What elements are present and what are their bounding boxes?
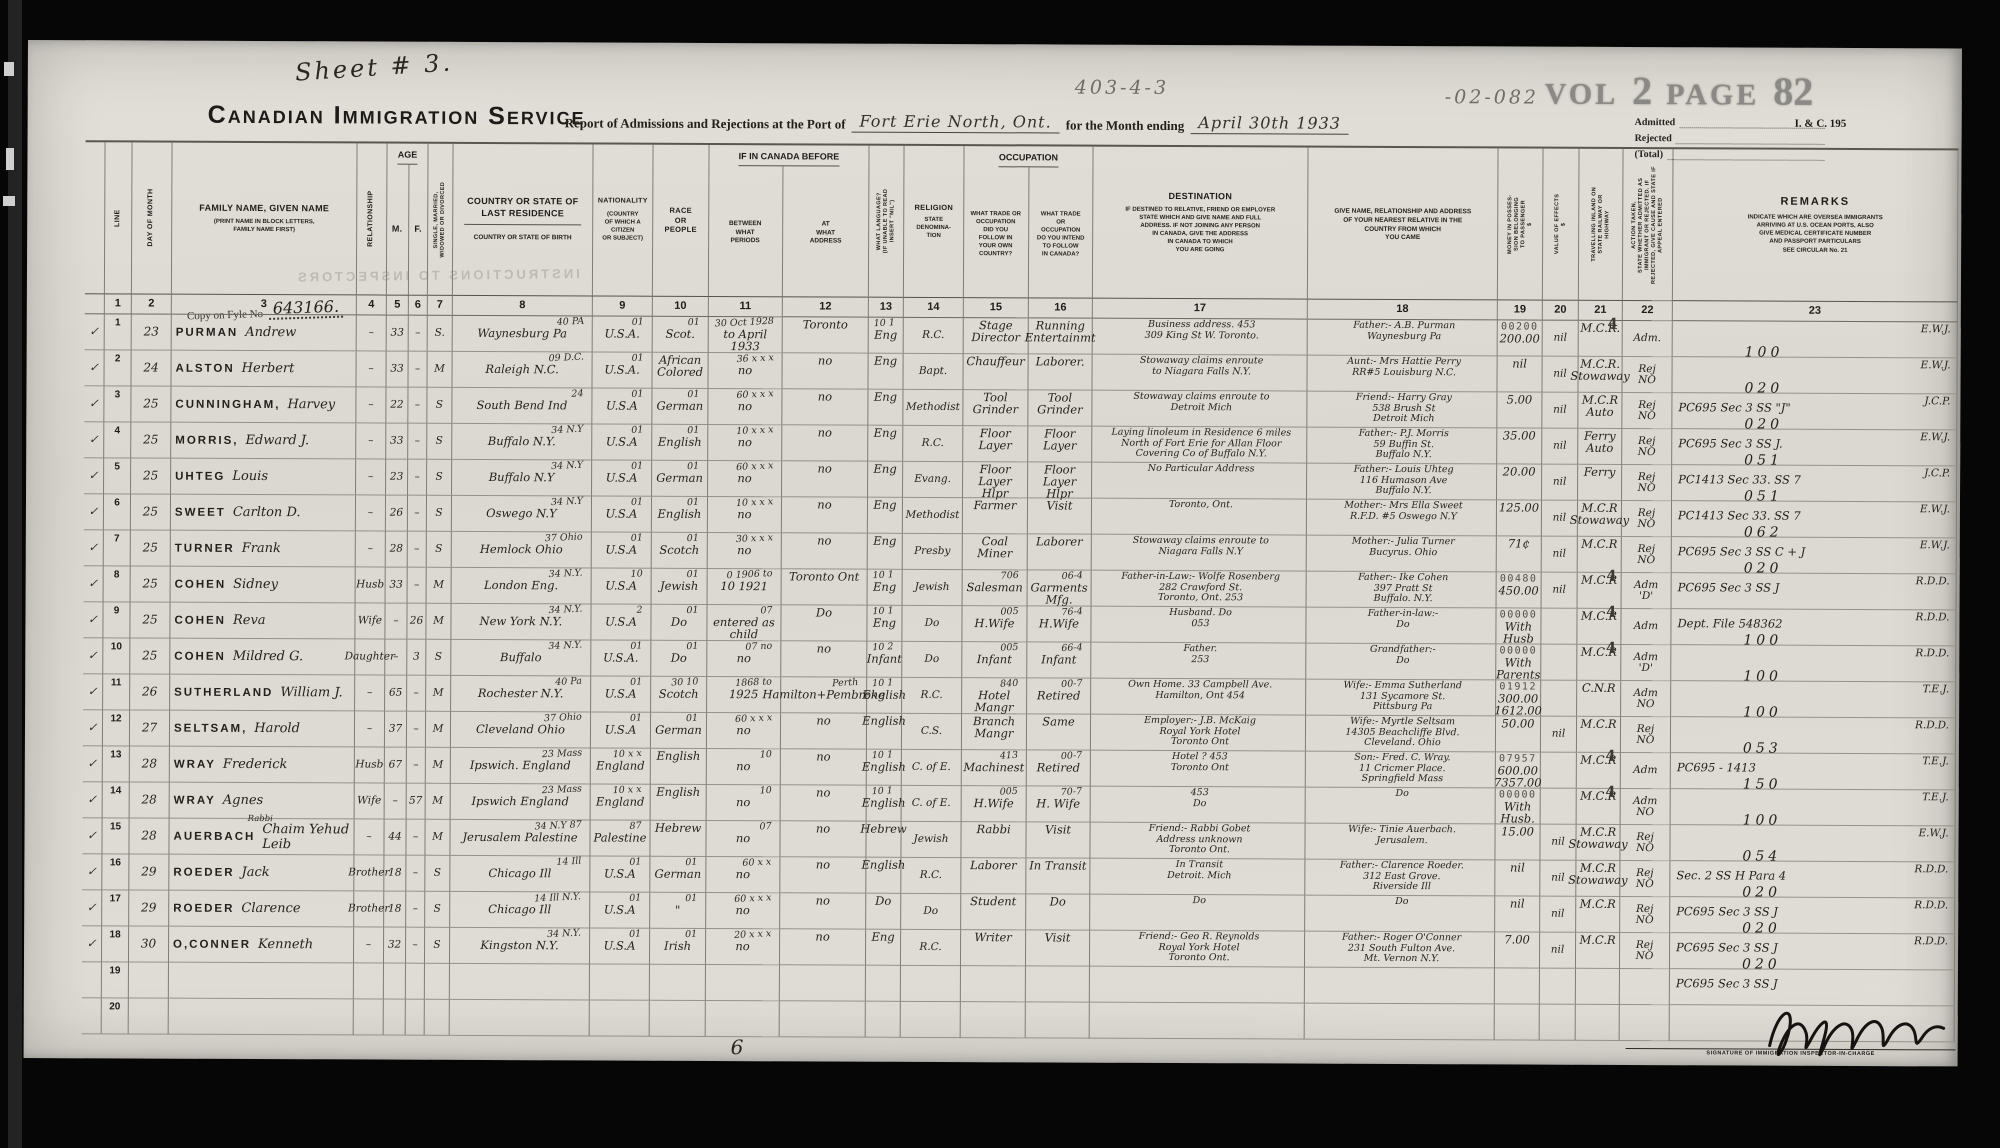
race-code: 01 [685,894,698,905]
row-checkmark: ✓ [82,890,102,926]
name-cell: SELTSAM, Harold [170,711,355,748]
occupation-value: Laborer [970,859,1017,871]
relationship: – [356,459,386,495]
language-value: Eng [874,391,897,403]
last-residence: 14 Ill Chicago Ill [450,856,590,893]
header-language: WHAT LANGUAGE? (IF UNABLE TO READ INSERT… [869,146,905,298]
nationality-code: 01 [629,929,642,940]
money-value: 200.00 [1500,332,1540,344]
film-artifact [4,62,14,76]
periods-value: no [738,436,752,448]
age-female: – [407,712,426,748]
destination: Stowaway claims enroute to Niagara Falls… [1092,535,1307,572]
in-canada-address: no [782,425,868,461]
given-name: Clarence [241,901,300,916]
travel-value: M.C.R Stowaway [1568,862,1627,886]
remarks: 053 PC695 - 1413 R.D.D. [1671,717,1956,754]
line-number: 19 [102,962,129,998]
last-residence: 34 N.Y. New York N.Y. [451,604,591,641]
occupation-own-country: Laborer [961,858,1026,894]
periods-value: no [735,940,749,952]
periods-value: no [737,472,751,484]
in-canada-address [780,1001,866,1037]
nationality-value: U.S.A. [604,364,639,376]
last-residence: 23 Mass Ipswich England [451,784,591,821]
remarks: 100 R.D.D. [1671,645,1956,682]
line-number: 4 [104,422,131,458]
age-female: – [409,316,428,352]
religion: Do [901,894,961,930]
periods-value: no [737,508,751,520]
language-value: Eng [873,499,896,511]
language: 10 1 Eng [868,570,903,606]
address-value: no [816,894,830,906]
travel-value: M.C.R [1579,934,1615,946]
occupation-value: Chauffeur [966,355,1024,367]
destination: Toronto, Ont. [1092,499,1307,536]
age-female: – [408,388,427,424]
travel-stamp: 4 [1606,567,1617,585]
occupation-own-country: Tool Grinder [963,390,1028,426]
given-name-annotation: Rabbi [248,814,273,824]
money-value: With Husb. [1498,800,1538,824]
in-canada-periods: 60 x x x no [706,893,780,929]
given-name: Herbert [242,361,295,376]
action-taken: Rej NO [1622,465,1672,501]
travel-stamp: 4 [1606,639,1617,657]
header-remarks: REMARKS INDICATE WHICH ARE OVERSEA IMMIG… [1673,149,1959,302]
colnum-7: 7 [428,296,453,316]
line-number: 9 [103,602,130,638]
action-taken: Adm NO [1621,681,1671,717]
value-of-effects: nil [1540,933,1576,969]
occupation-own-country [961,966,1026,1002]
occupation-value: Infant [977,653,1012,665]
money-in-possession: 00000 With Husb. [1496,788,1541,824]
nationality-value: U.S.A [604,940,636,952]
language: Eng [866,930,901,966]
occupation-value: Floor Layer Hlpr [965,463,1025,499]
nationality-code: 01 [629,893,642,904]
money-in-possession: 125.00 [1497,500,1542,536]
in-canada-periods: 30 Oct 1928 to April 1933 [709,317,783,353]
destination: Friend:- Geo R. Reynolds Royal York Hote… [1090,931,1305,968]
occupation-value: Machinest [963,761,1024,773]
nearest-relative: Father:- Ike Cohen 397 Pratt St Buffalo.… [1307,572,1497,609]
given-name: Harold [254,721,300,736]
residence-code: 34 N.Y [551,461,584,473]
family-name: SUTHERLAND [174,686,273,698]
age-male: – [385,640,407,676]
in-canada-address: no [782,533,868,569]
age-male: 65 [385,676,407,712]
given-name: Sidney [233,577,278,592]
race-value: German [657,400,704,412]
nationality: 01 U.S.A. [592,352,652,388]
in-canada-periods: 60 x x x no [708,389,782,425]
row-checkmark: ✓ [84,350,104,386]
relationship: – [356,387,386,423]
race-value: German [655,724,702,736]
language: 10 1 English [867,750,902,786]
in-canada-periods: 10 x x x no [708,497,782,533]
periods-value: no [736,832,750,844]
address-value: no [817,462,831,474]
in-canada-address: no [781,749,867,785]
race-code: 01 [685,930,698,941]
occupation-intended: Running Entertainmt [1029,318,1093,354]
race: 01 Do [651,641,707,677]
in-canada-address: no [780,929,866,965]
residence-place: Buffalo [500,651,542,663]
religion: R.C. [902,678,962,714]
colnum-9: 9 [593,296,653,316]
money-in-possession: 07957 600.00 7357.00 [1496,752,1541,788]
money-value: 300.00 1612.00 [1494,692,1542,716]
destination: Do [1090,895,1305,932]
race-code: 01 [686,570,699,581]
occupation-intended-value: H. Wife [1036,797,1080,809]
money-value: With Parents [1496,656,1540,680]
occupation-intended: In Transit [1026,858,1090,894]
money-value: With Husb [1498,620,1538,644]
nationality: 01 U.S.A [590,856,650,892]
race-code: 01 [686,606,699,617]
given-name: William J. [280,685,342,700]
action-taken: Rej NO [1622,429,1672,465]
race-value: Do [671,652,687,664]
name-cell: TURNER Frank [171,531,356,568]
in-canada-address: no [781,785,867,821]
residence-place: Ipswich England [472,795,569,807]
address-value: Do [816,606,832,618]
relationship: Brother [354,891,384,927]
inspector-initials: R.D.D. [1915,647,1949,659]
race: 01 Jewish [652,569,708,605]
value-of-effects [1541,753,1577,789]
line-number: 7 [104,530,131,566]
occupation-code: 413 [1000,751,1019,762]
residence-place: Waynesburg Pa [477,327,567,339]
destination: Employer:- J.B. McKaig Royal York Hotel … [1091,715,1306,752]
nationality-value: U.S.A. [603,652,638,664]
inspector-initials: E.W.J. [1920,503,1950,515]
language: Eng [868,498,903,534]
line-number: 15 [102,818,129,854]
admitted-label: Admitted [1635,117,1676,128]
inspector-signature-ink [1756,998,1956,1069]
age-female: – [408,568,427,604]
family-name: ALSTON [176,362,235,374]
remarks: 020 PC695 Sec 3 SS J. J.C.P. [1672,393,1957,430]
colnum-5: 5 [387,296,409,316]
race: 01 German [652,389,708,425]
inspector-initials: R.D.D. [1915,611,1949,623]
age-female: – [407,748,426,784]
name-cell: O,CONNER Kenneth [169,927,354,964]
remarks: 062 PC695 Sec 3 SS C + J E.W.J. [1672,501,1957,538]
periods-marks: 60 x x x [734,893,772,905]
nationality-code: 01 [631,425,644,436]
religion: R.C. [903,426,963,462]
film-edge-strip [8,0,22,1148]
relationship: Wife [355,603,385,639]
nearest-relative: Do [1305,896,1495,933]
age-female: 57 [407,784,426,820]
last-residence: 34 N.Y 87 Jerusalem Palestine [450,820,590,857]
occupation-intended-value: Laborer. [1036,355,1085,367]
religion [901,1002,961,1038]
row-checkmark: ✓ [84,422,104,458]
age-female: – [406,856,425,892]
row-checkmark [82,962,102,998]
in-canada-periods: 0 1906 to 10 1921 [708,569,782,605]
occupation-code: 005 [999,787,1018,798]
marital-status: M [426,604,451,640]
residence-place: Oswego N.Y [486,507,557,519]
religion: Jewish [903,570,963,606]
row-checkmark: ✓ [84,458,104,494]
periods-marks: 10 [760,750,773,761]
occupation-intended-code: 06-4 [1061,571,1083,582]
nationality: 01 U.S.A [592,496,652,532]
line-number: 17 [102,890,129,926]
nationality-code: 01 [631,317,644,328]
name-cell: UHTEG Louis [171,459,356,496]
money-in-possession: 00000 With Husb [1496,608,1541,644]
race: 30 10 Scotch [651,677,707,713]
age-male: – [385,604,407,640]
address-value: no [818,426,832,438]
remarks: 100 T.E.J. [1671,789,1956,826]
occupation-intended-value: Same [1042,715,1075,727]
race [650,1001,706,1037]
nearest-relative: Father:- Roger O'Conner 231 South Fulton… [1305,932,1495,969]
age-female: – [406,820,425,856]
value-of-effects: nil [1540,897,1576,933]
nationality-value: U.S.A. [604,328,639,340]
header-occupation: OCCUPATION WHAT TRADE OR OCCUPATION DID … [964,146,1094,299]
colnum-17: 17 [1093,299,1308,320]
page-title: Canadian Immigration Service [208,101,586,132]
occupation-intended: 66-4 Infant [1027,642,1091,678]
occupation-value: Salesman [966,581,1022,593]
race: 01 German [652,461,708,497]
periods-marks: 07 [759,822,772,833]
race: African Colored [652,353,708,389]
race-value: " [675,904,680,916]
value-of-effects [1541,789,1577,825]
age-male: 26 [386,496,408,532]
day-of-month: 25 [130,602,170,638]
relationship: Wife [355,783,385,819]
residence-place: Buffalo N.Y [489,471,555,483]
race-value: Scotch [659,544,699,556]
nationality: 01 U.S.A [592,388,652,424]
family-name: COHEN [174,650,226,662]
travelling-inland: M.C.R Stowaway [1578,501,1622,537]
relationship [354,999,384,1035]
day-of-month: 26 [130,674,170,710]
occupation-intended: Laborer [1028,534,1092,570]
age-male: 18 [384,892,406,928]
last-residence: 34 N.Y. Buffalo [451,640,591,677]
inspector-initials: E.W.J. [1920,431,1950,443]
occupation-intended-value: Retired [1037,689,1080,701]
race-code: 01 [687,390,700,401]
name-cell [169,999,354,1036]
periods-value: to April 1933 [711,328,780,352]
residence-code: 34 N.Y. [547,929,581,941]
nationality: 01 U.S.A [590,928,650,964]
in-canada-address: no [781,641,867,677]
age-male: 67 [385,748,407,784]
family-name: AUERBACH [174,830,256,842]
destination: Business address. 453 309 King St W. Tor… [1093,319,1308,356]
money-in-possession: 00000 With Parents [1496,644,1541,680]
row-checkmark: ✓ [84,566,104,602]
family-name: O,CONNER [173,938,251,950]
nationality: 01 U.S.A [591,676,651,712]
periods-marks: 60 x x [742,858,771,869]
in-canada-address: Do [781,605,867,641]
travelling-inland: 4 M.C.R [1577,645,1621,681]
residence-place: London Eng. [484,579,558,591]
language-value: English [862,715,906,727]
language-code: 10 1 [872,606,894,617]
in-canada-periods: 07 no no [707,641,781,677]
marital-status: S [427,460,452,496]
day-of-month: 29 [129,854,169,890]
periods-value: entered as child [709,616,778,640]
colnum-22: 22 [1623,301,1673,321]
line-number: 14 [103,782,130,818]
language-value: Eng [874,329,897,341]
colnum-3: 3 [172,295,357,316]
value-of-effects [1541,681,1577,717]
nearest-relative: Mother:- Julia Turner Bucyrus. Ohio [1307,536,1497,573]
race: 01 German [651,713,707,749]
residence-place: Rochester N.Y. [478,687,564,699]
race-code: 01 [687,534,700,545]
destination: Hotel ? 453 Toronto Ont [1091,751,1306,788]
rejected-label: Rejected [1635,133,1672,144]
race-value: German [654,868,701,880]
remarks: 020 PC695 Sec 3 SS J R.D.D. [1670,861,1955,898]
marital-status: M [426,676,451,712]
religion: Do [902,642,962,678]
last-residence [450,1000,590,1037]
in-canada-periods: 07 entered as child [707,605,781,641]
age-male [384,1000,406,1036]
travelling-inland: M.C.R Stowaway [1576,825,1620,861]
nearest-relative: Do [1306,788,1496,825]
day-of-month: 25 [131,386,171,422]
action-taken: Rej NO [1622,537,1672,573]
value-of-effects: nil [1542,393,1578,429]
action-taken: Rej NO [1620,861,1670,897]
in-canada-address: no [781,713,867,749]
header-marital: SINGLE, MARRIED, WIDOWED OR DIVORCED [428,144,454,296]
race: English [651,785,707,821]
nationality: 10 x x England [591,784,651,820]
religion: R.C. [901,858,961,894]
nationality-code: 87 [629,821,642,832]
travelling-inland: Ferry Auto [1578,429,1622,465]
language: 10 2 Infant [867,642,902,678]
language-value: Eng [871,931,894,943]
residence-code: 24 [571,389,584,400]
row-checkmark: ✓ [84,386,104,422]
residence-place: New York N.Y. [480,615,563,627]
travelling-inland: C.N.R [1577,681,1621,717]
residence-code: 34 N.Y. [548,641,582,653]
age-male: 28 [386,532,408,568]
address-value: no [816,714,830,726]
religion: Methodist [903,498,963,534]
action-taken: Adm NO [1621,789,1671,825]
money-in-possession: nil [1495,896,1540,932]
relationship: – [357,315,387,351]
nationality [590,964,650,1000]
address-value: no [816,750,830,762]
line-number: 12 [103,710,130,746]
nationality-value: U.S.A [606,472,638,484]
travelling-inland [1576,969,1620,1005]
admissions-table: LINE DAY OF MONTH FAMILY NAME, GIVEN NAM… [82,140,1959,1042]
occupation-value: Writer [974,931,1011,943]
inspector-initials: E.W.J. [1921,359,1951,371]
destination: Stowaway claims enroute to Detroit Mich [1092,391,1307,428]
inspector-initials: T.E.J. [1923,683,1950,695]
nearest-relative: Wife:- Myrtle Seltsam 14305 Beachcliffe … [1306,716,1496,753]
day-of-month: 30 [129,926,169,962]
periods-marks: 60 x x x [736,461,774,473]
line-number: 18 [102,926,129,962]
occupation-own-country: 005 H.Wife [962,786,1027,822]
given-name: Harvey [287,397,335,412]
language: English [867,714,902,750]
periods-marks: 30 x x x [735,533,773,545]
race-value: English [658,436,702,448]
periods-marks: 10 [759,786,772,797]
nearest-relative: Mother:- Mrs Ella Sweet R.F.D. #5 Oswego… [1307,500,1497,537]
action-taken: Rej NO [1620,933,1670,969]
inspector-initials: E.W.J. [1920,539,1950,551]
language: 10 1 Eng [867,606,902,642]
race-code: 01 [687,318,700,329]
row-checkmark: ✓ [84,494,104,530]
money-value: 71¢ [1508,537,1530,549]
remarks: 020 PC695 Sec 3 SS J R.D.D. [1670,933,1955,970]
residence-code: 23 Mass [541,784,582,796]
day-of-month [129,998,169,1034]
family-name: COHEN [175,578,227,590]
marital-status: M [426,712,451,748]
last-residence: 23 Mass Ipswich. England [451,748,591,785]
race: Hebrew [650,821,706,857]
action-taken: Rej NO [1620,825,1670,861]
age-male: 33 [386,352,408,388]
line-number: 8 [104,566,131,602]
occupation-intended-value: Retired [1037,761,1080,773]
nearest-relative [1305,968,1495,1005]
language-value: Hebrew [860,823,906,835]
occupation-intended-value: Infant [1041,653,1076,665]
day-of-month: 28 [129,818,169,854]
colnum-23: 23 [1673,301,1958,322]
travel-value: M.C.R [1581,538,1617,550]
